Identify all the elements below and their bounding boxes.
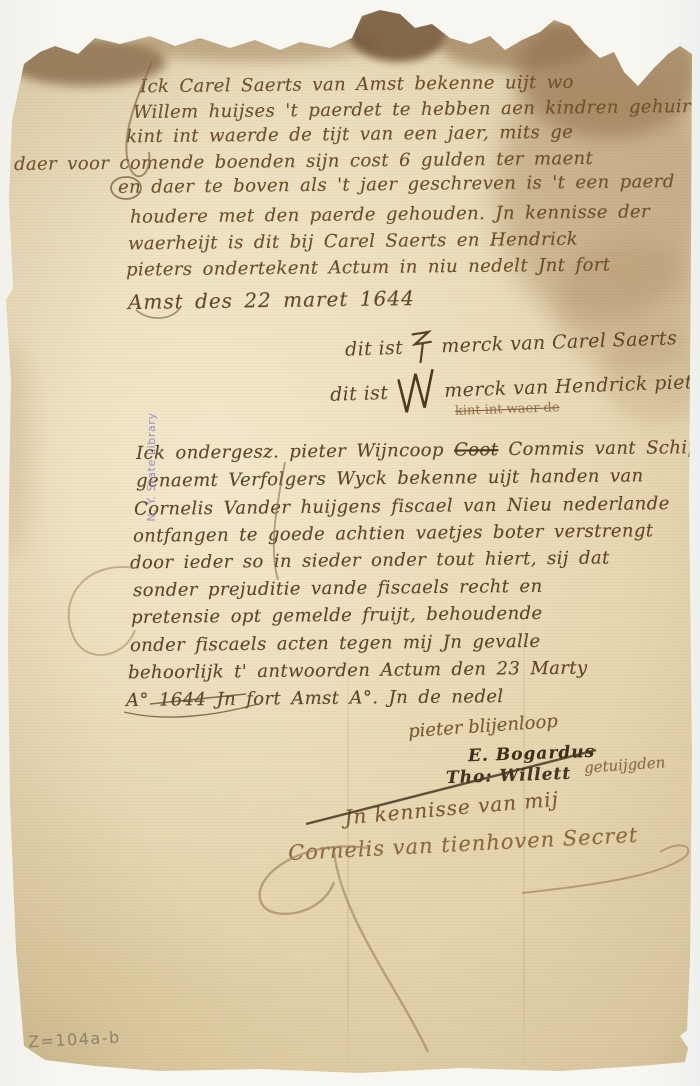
manuscript-paper: Ick Carel Saerts van Amst bekenne uijt w… xyxy=(0,0,700,1086)
scanned-manuscript-page: Ick Carel Saerts van Amst bekenne uijt w… xyxy=(0,0,700,1086)
paper-vignette xyxy=(0,0,700,1086)
